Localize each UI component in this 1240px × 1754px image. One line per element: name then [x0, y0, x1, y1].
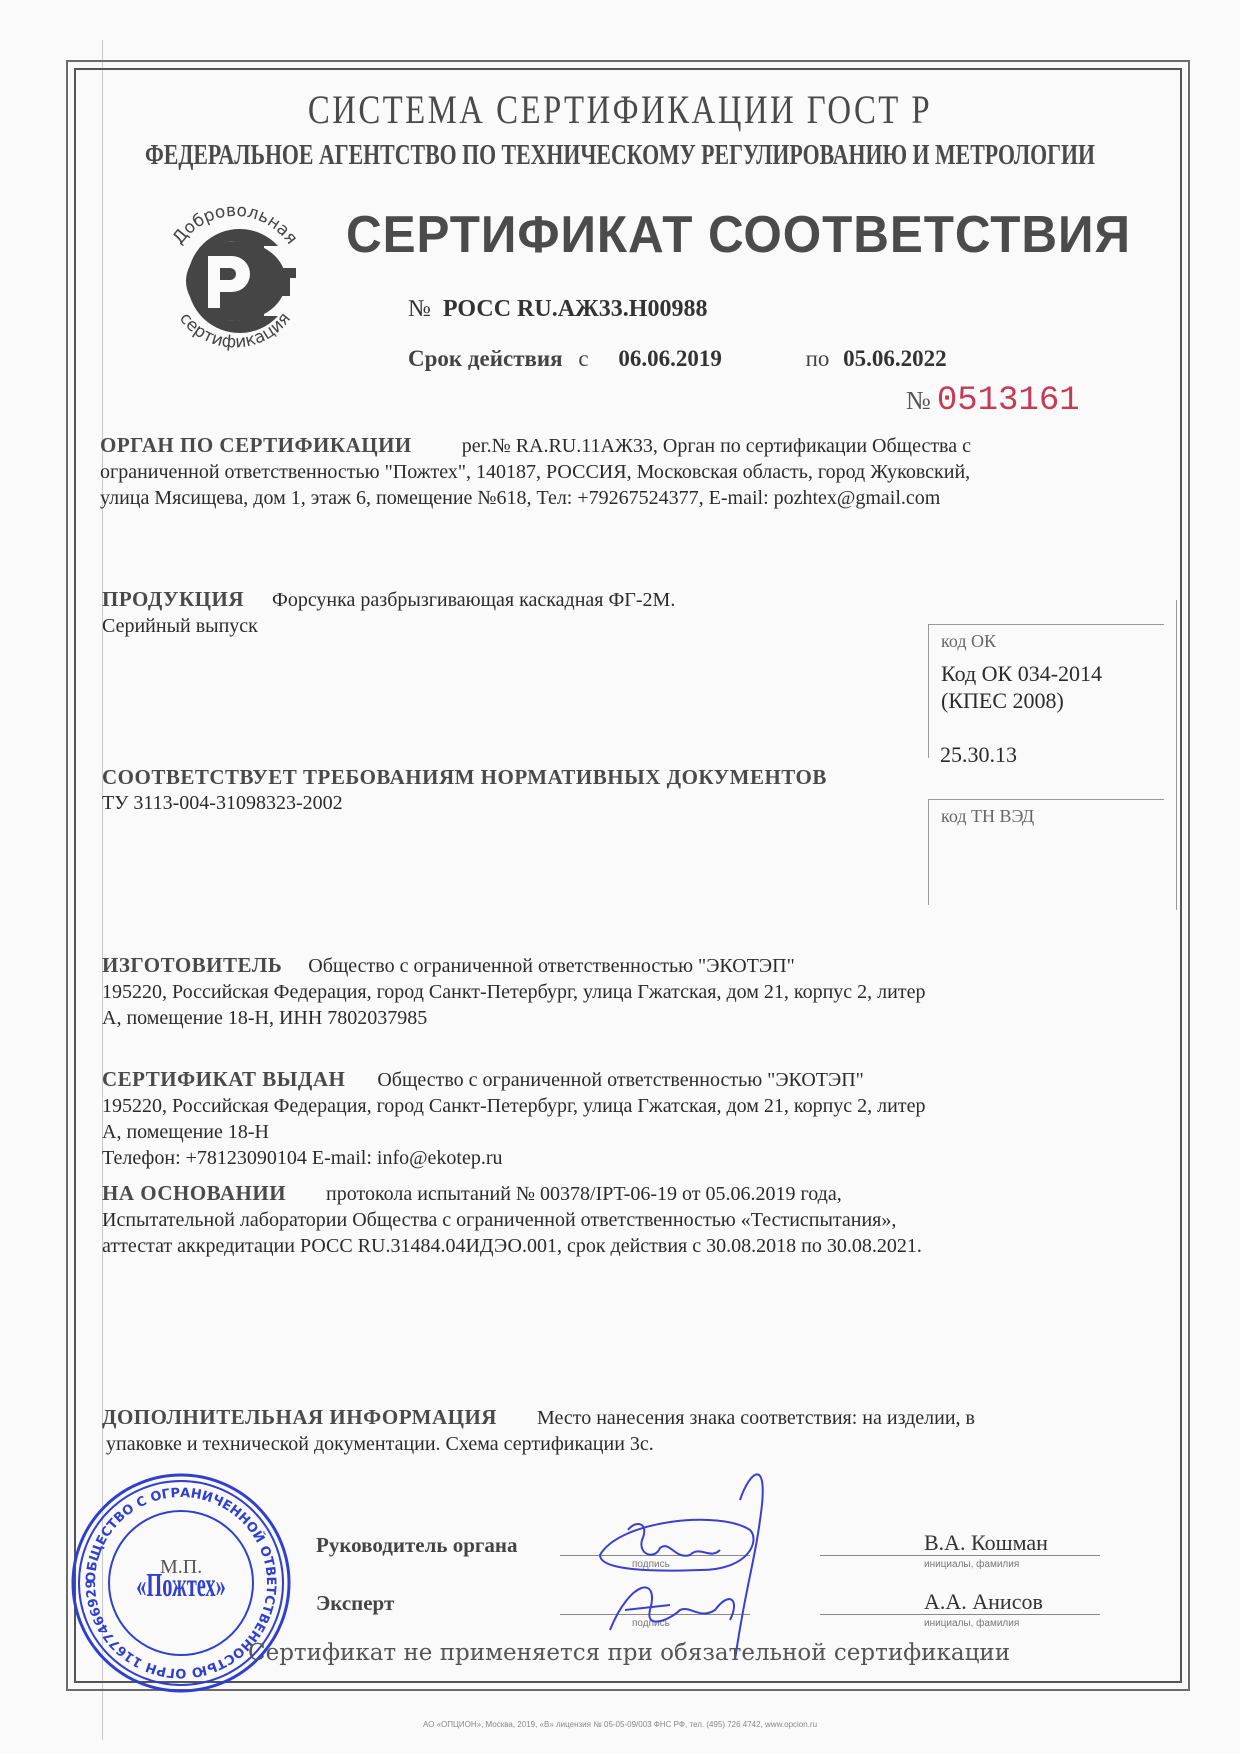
expert-name: А.А. Анисов [924, 1589, 1043, 1615]
compliance-section: СООТВЕТСТВУЕТ ТРЕБОВАНИЯМ НОРМАТИВНЫХ ДО… [102, 764, 1102, 816]
basis-line1: протокола испытаний № 00378/IPT-06-19 от… [326, 1183, 842, 1205]
certification-body-line3: улица Мясищева, дом 1, этаж 6, помещение… [100, 485, 1110, 511]
system-heading: СИСТЕМА СЕРТИФИКАЦИИ ГОСТ Р [112, 86, 1129, 133]
printer-imprint: АО «ОПЦИОН», Москва, 2019, «В» лицензия … [0, 1720, 1240, 1729]
rst-logo-icon: Добровольная сертификация [150, 196, 320, 366]
serial-number-symbol: № [906, 386, 931, 415]
serial-number-value: 0513161 [937, 382, 1080, 420]
ok-classifier: Код ОК 034-2014 (КПЕС 2008) [941, 660, 1164, 714]
additional-info-line2: упаковке и технической документации. Схе… [102, 1431, 1142, 1457]
head-name: В.А. Кошман [924, 1530, 1048, 1556]
code-column-divider [1176, 600, 1177, 910]
product-heading: ПРОДУКЦИЯ [102, 587, 244, 611]
manufacturer-section: ИЗГОТОВИТЕЛЬОбщество с ограниченной отве… [102, 952, 1132, 1031]
issued-to-section: СЕРТИФИКАТ ВЫДАНОбщество с ограниченной … [102, 1066, 1132, 1171]
certification-body-section: ОРГАН ПО СЕРТИФИКАЦИИрег.№ RA.RU.11АЖ33,… [100, 432, 1110, 511]
ok-classifier-line1: Код ОК 034-2014 [941, 660, 1164, 687]
agency-heading: ФЕДЕРАЛЬНОЕ АГЕНТСТВО ПО ТЕХНИЧЕСКОМУ РЕ… [136, 140, 1103, 172]
number-symbol: № [408, 296, 431, 322]
valid-from-date: 06.06.2019 [618, 346, 722, 371]
certification-body-line1: рег.№ RA.RU.11АЖ33, Орган по сертификаци… [462, 435, 971, 457]
issued-to-heading: СЕРТИФИКАТ ВЫДАН [102, 1067, 345, 1091]
certification-body-heading: ОРГАН ПО СЕРТИФИКАЦИИ [100, 433, 412, 457]
manufacturer-address-line1: 195220, Российская Федерация, город Санк… [102, 979, 1132, 1005]
additional-info-line1: Место нанесения знака соответствия: на и… [537, 1407, 975, 1429]
valid-from-label: с [578, 346, 588, 371]
issued-to-name: Общество с ограниченной ответственностью… [377, 1069, 863, 1091]
manufacturer-name: Общество с ограниченной ответственностью… [308, 955, 794, 977]
head-name-caption: инициалы, фамилия [924, 1559, 1019, 1570]
manufacturer-heading: ИЗГОТОВИТЕЛЬ [102, 953, 282, 977]
product-name: Форсунка разбрызгивающая каскадная ФГ-2М… [272, 589, 675, 611]
manufacturer-address-line2: А, помещение 18-Н, ИНН 7802037985 [102, 1005, 1132, 1031]
issued-to-contacts: Телефон: +78123090104 E-mail: info@ekote… [102, 1145, 1132, 1171]
basis-section: НА ОСНОВАНИИпротокола испытаний № 00378/… [102, 1180, 1142, 1259]
basis-line2: Испытательной лаборатории Общества с огр… [102, 1207, 1142, 1233]
additional-info-heading: ДОПОЛНИТЕЛЬНАЯ ИНФОРМАЦИЯ [102, 1405, 497, 1429]
footer-note: Сертификат не применяется при обязательн… [248, 1640, 1010, 1666]
validity-period: Срок действия с 06.06.2019 по 05.06.2022 [408, 346, 947, 372]
validity-label: Срок действия [408, 346, 563, 371]
ok-classifier-line2: (КПЕС 2008) [941, 687, 1164, 714]
head-of-body-label: Руководитель органа [316, 1533, 518, 1558]
additional-info-section: ДОПОЛНИТЕЛЬНАЯ ИНФОРМАЦИЯМесто нанесения… [102, 1404, 1142, 1457]
form-serial-number: №0513161 [906, 382, 1080, 420]
svg-text:«Пожтех»: «Пожтех» [136, 1567, 226, 1605]
basis-heading: НА ОСНОВАНИИ [102, 1181, 286, 1205]
certificate-number-value: РОСС RU.АЖ33.Н00988 [443, 296, 708, 322]
ok-code-box: код ОК Код ОК 034-2014 (КПЕС 2008) [928, 624, 1164, 758]
valid-to-label: по [806, 346, 830, 371]
issued-to-address-line2: А, помещение 18-Н [102, 1119, 1132, 1145]
compliance-heading: СООТВЕТСТВУЕТ ТРЕБОВАНИЯМ НОРМАТИВНЫХ ДО… [102, 764, 1102, 790]
expert-name-caption: инициалы, фамилия [924, 1618, 1019, 1629]
ok-code-label: код ОК [941, 631, 1164, 652]
certification-body-line2: ограниченной ответственностью "Пожтех", … [100, 459, 1110, 485]
basis-line3: аттестат аккредитации РОСС RU.31484.04ИД… [102, 1233, 1142, 1259]
certificate-title: СЕРТИФИКАТ СООТВЕТСТВИЯ [346, 205, 1131, 265]
expert-label: Эксперт [316, 1591, 394, 1616]
valid-to-date: 05.06.2022 [843, 346, 947, 371]
certificate-number: №РОСС RU.АЖ33.Н00988 [408, 296, 707, 323]
compliance-document: ТУ 3113-004-31098323-2002 [102, 790, 1102, 816]
issued-to-address-line1: 195220, Российская Федерация, город Санк… [102, 1093, 1132, 1119]
